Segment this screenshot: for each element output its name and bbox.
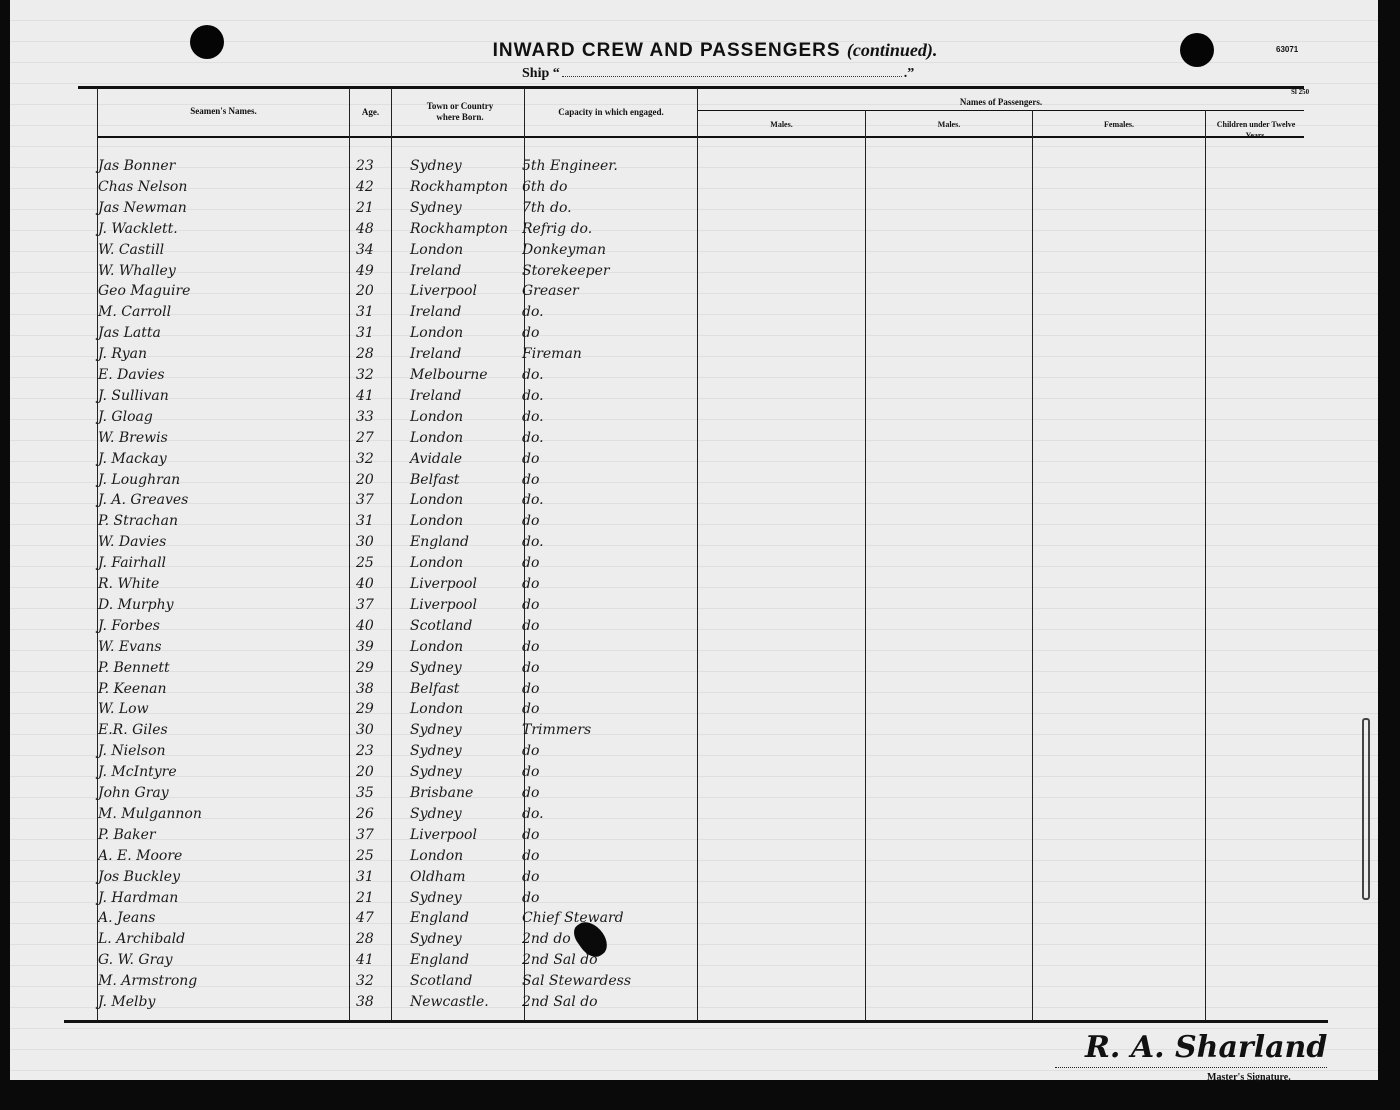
crew-age: 28: [356, 346, 386, 362]
crew-birthplace: Scotland: [410, 973, 472, 989]
crew-age: 33: [356, 409, 386, 425]
crew-birthplace: Oldham: [410, 869, 466, 885]
crew-age: 47: [356, 910, 386, 926]
crew-age: 40: [356, 576, 386, 592]
ship-name-field: Ship “.”: [522, 66, 914, 82]
crew-capacity: do: [522, 576, 539, 592]
paper-clip: [1362, 718, 1370, 900]
crew-birthplace: London: [410, 409, 463, 425]
crew-age: 25: [356, 848, 386, 864]
signature-label: Master's Signature.: [1207, 1072, 1291, 1083]
crew-capacity: do.: [522, 492, 544, 508]
crew-capacity: do: [522, 325, 539, 341]
crew-capacity: 5th Engineer.: [522, 158, 618, 174]
crew-name: G. W. Gray: [98, 952, 173, 968]
manifest-sheet: [10, 0, 1378, 1080]
crew-birthplace: Sydney: [410, 158, 462, 174]
crew-age: 25: [356, 555, 386, 571]
crew-name: Jas Newman: [98, 200, 187, 216]
crew-birthplace: London: [410, 430, 463, 446]
crew-capacity: do: [522, 639, 539, 655]
crew-birthplace: Sydney: [410, 660, 462, 676]
crew-name: Chas Nelson: [98, 179, 187, 195]
header-capacity: Capacity in which engaged.: [525, 107, 697, 118]
crew-capacity: do: [522, 701, 539, 717]
crew-capacity: do.: [522, 304, 544, 320]
crew-birthplace: Sydney: [410, 722, 462, 738]
crew-birthplace: Avidale: [410, 451, 462, 467]
crew-capacity: Fireman: [522, 346, 582, 362]
crew-name: R. White: [98, 576, 159, 592]
crew-name: J. Wacklett.: [98, 221, 178, 237]
col-divider-males2: [865, 110, 866, 1020]
crew-name: Jos Buckley: [98, 869, 180, 885]
crew-name: J. Fairhall: [98, 555, 166, 571]
crew-birthplace: Ireland: [410, 304, 461, 320]
crew-age: 21: [356, 200, 386, 216]
crew-age: 40: [356, 618, 386, 634]
crew-capacity: do.: [522, 806, 544, 822]
form-number: 63071: [1276, 45, 1298, 54]
crew-name: L. Archibald: [98, 931, 185, 947]
table-top-rule: [78, 86, 1304, 89]
crew-name: W. Low: [98, 701, 149, 717]
crew-capacity: Trimmers: [522, 722, 591, 738]
crew-birthplace: Sydney: [410, 200, 462, 216]
crew-name: Jas Latta: [98, 325, 161, 341]
crew-birthplace: Rockhampton: [410, 221, 508, 237]
crew-capacity: do: [522, 848, 539, 864]
crew-age: 32: [356, 973, 386, 989]
crew-capacity: do: [522, 785, 539, 801]
crew-birthplace: Sydney: [410, 743, 462, 759]
header-names-of-passengers: Names of Passengers.: [698, 97, 1304, 108]
crew-age: 27: [356, 430, 386, 446]
header-town-born: Town or Country where Born.: [420, 101, 500, 123]
crew-capacity: do.: [522, 409, 544, 425]
crew-birthplace: Rockhampton: [410, 179, 508, 195]
crew-birthplace: Liverpool: [410, 283, 477, 299]
crew-age: 38: [356, 994, 386, 1010]
crew-name: W. Castill: [98, 242, 164, 258]
crew-capacity: do: [522, 618, 539, 634]
crew-name: Geo Maguire: [98, 283, 190, 299]
page-title: INWARD CREW AND PASSENGERS (continued).: [0, 40, 1400, 62]
crew-name: J. Loughran: [98, 472, 180, 488]
crew-age: 49: [356, 263, 386, 279]
crew-capacity: do: [522, 513, 539, 529]
crew-name: E. Davies: [98, 367, 165, 383]
col-divider-town: [391, 88, 392, 1020]
table-bottom-rule: [64, 1020, 1328, 1023]
crew-age: 38: [356, 681, 386, 697]
crew-birthplace: Ireland: [410, 346, 461, 362]
crew-capacity: do: [522, 451, 539, 467]
header-children: Children under Twelve Years.: [1206, 119, 1306, 141]
signature-line: [1055, 1067, 1327, 1068]
crew-age: 41: [356, 952, 386, 968]
crew-birthplace: Newcastle.: [410, 994, 489, 1010]
crew-name: J. Gloag: [98, 409, 153, 425]
crew-age: 32: [356, 451, 386, 467]
crew-name: J. McIntyre: [98, 764, 177, 780]
crew-age: 31: [356, 513, 386, 529]
crew-name: J. Forbes: [98, 618, 160, 634]
crew-age: 37: [356, 597, 386, 613]
crew-capacity: do: [522, 827, 539, 843]
ship-close-quote: .”: [904, 66, 915, 81]
crew-birthplace: Sydney: [410, 806, 462, 822]
crew-name: W. Whalley: [98, 263, 176, 279]
crew-name: J. Nielson: [98, 743, 166, 759]
title-main: INWARD CREW AND PASSENGERS: [493, 40, 841, 61]
crew-capacity: do.: [522, 534, 544, 550]
master-signature: R. A. Sharland: [1085, 1030, 1327, 1065]
crew-birthplace: London: [410, 513, 463, 529]
crew-capacity: do: [522, 681, 539, 697]
crew-birthplace: Liverpool: [410, 576, 477, 592]
col-divider-females: [1032, 110, 1033, 1020]
crew-capacity: do: [522, 597, 539, 613]
crew-name: J. Mackay: [98, 451, 167, 467]
crew-age: 21: [356, 890, 386, 906]
crew-age: 23: [356, 743, 386, 759]
crew-age: 30: [356, 722, 386, 738]
crew-capacity: Greaser: [522, 283, 579, 299]
crew-birthplace: Belfast: [410, 681, 459, 697]
crew-birthplace: Brisbane: [410, 785, 473, 801]
crew-birthplace: Melbourne: [410, 367, 488, 383]
crew-name: P. Strachan: [98, 513, 178, 529]
crew-birthplace: London: [410, 639, 463, 655]
ship-name-blank: [562, 76, 902, 77]
crew-age: 23: [356, 158, 386, 174]
crew-capacity: do.: [522, 367, 544, 383]
crew-age: 29: [356, 660, 386, 676]
crew-age: 42: [356, 179, 386, 195]
crew-capacity: do.: [522, 388, 544, 404]
crew-name: A. E. Moore: [98, 848, 182, 864]
crew-age: 41: [356, 388, 386, 404]
crew-capacity: Chief Steward: [522, 910, 624, 926]
col-divider-passengers: [697, 88, 698, 1020]
col-divider-age: [349, 88, 350, 1020]
crew-name: P. Baker: [98, 827, 156, 843]
crew-birthplace: London: [410, 242, 463, 258]
title-suffix: (continued).: [847, 40, 938, 60]
ship-label: Ship “: [522, 66, 560, 81]
crew-age: 28: [356, 931, 386, 947]
crew-age: 20: [356, 283, 386, 299]
crew-age: 31: [356, 304, 386, 320]
passengers-subheader-rule: [697, 110, 1304, 111]
crew-birthplace: Scotland: [410, 618, 472, 634]
crew-capacity: 2nd do: [522, 931, 571, 947]
sheet-code: Sl 250: [1291, 88, 1309, 96]
crew-name: P. Bennett: [98, 660, 170, 676]
crew-name: J. Sullivan: [98, 388, 169, 404]
header-males-1: Males.: [698, 119, 865, 130]
crew-name: D. Murphy: [98, 597, 174, 613]
crew-birthplace: London: [410, 325, 463, 341]
crew-age: 32: [356, 367, 386, 383]
crew-name: M. Mulgannon: [98, 806, 202, 822]
crew-name: A. Jeans: [98, 910, 155, 926]
crew-birthplace: Sydney: [410, 890, 462, 906]
col-divider-children: [1205, 110, 1206, 1020]
crew-name: P. Keenan: [98, 681, 167, 697]
header-age: Age.: [350, 107, 391, 118]
crew-name: W. Brewis: [98, 430, 168, 446]
crew-name: M. Carroll: [98, 304, 171, 320]
crew-capacity: do.: [522, 430, 544, 446]
crew-capacity: do: [522, 660, 539, 676]
crew-age: 29: [356, 701, 386, 717]
header-males-2: Males.: [866, 119, 1032, 130]
header-females: Females.: [1033, 119, 1205, 130]
crew-capacity: Storekeeper: [522, 263, 610, 279]
header-bottom-rule: [97, 136, 1304, 138]
crew-age: 34: [356, 242, 386, 258]
crew-capacity: 2nd Sal do: [522, 994, 598, 1010]
crew-age: 31: [356, 869, 386, 885]
crew-age: 31: [356, 325, 386, 341]
crew-name: E.R. Giles: [98, 722, 168, 738]
crew-capacity: do: [522, 764, 539, 780]
crew-capacity: do: [522, 472, 539, 488]
crew-age: 39: [356, 639, 386, 655]
crew-birthplace: England: [410, 534, 469, 550]
crew-birthplace: London: [410, 701, 463, 717]
crew-capacity: Refrig do.: [522, 221, 592, 237]
crew-name: Jas Bonner: [98, 158, 175, 174]
crew-birthplace: Ireland: [410, 388, 461, 404]
crew-age: 48: [356, 221, 386, 237]
crew-age: 35: [356, 785, 386, 801]
crew-capacity: 2nd Sal do: [522, 952, 598, 968]
crew-name: W. Evans: [98, 639, 162, 655]
crew-name: John Gray: [98, 785, 169, 801]
crew-birthplace: London: [410, 555, 463, 571]
crew-birthplace: Sydney: [410, 931, 462, 947]
crew-name: M. Armstrong: [98, 973, 197, 989]
crew-capacity: do: [522, 555, 539, 571]
crew-name: J. Hardman: [98, 890, 178, 906]
header-seamens-names: Seamen's Names.: [98, 106, 349, 117]
crew-age: 20: [356, 472, 386, 488]
crew-name: J. Melby: [98, 994, 155, 1010]
crew-name: J. A. Greaves: [98, 492, 188, 508]
crew-birthplace: Sydney: [410, 764, 462, 780]
crew-capacity: 7th do.: [522, 200, 572, 216]
crew-birthplace: Liverpool: [410, 597, 477, 613]
crew-age: 37: [356, 492, 386, 508]
crew-age: 37: [356, 827, 386, 843]
crew-capacity: Donkeyman: [522, 242, 606, 258]
crew-birthplace: England: [410, 952, 469, 968]
crew-birthplace: Ireland: [410, 263, 461, 279]
crew-capacity: Sal Stewardess: [522, 973, 631, 989]
crew-birthplace: Belfast: [410, 472, 459, 488]
crew-birthplace: London: [410, 492, 463, 508]
crew-capacity: do: [522, 869, 539, 885]
crew-name: W. Davies: [98, 534, 166, 550]
crew-age: 30: [356, 534, 386, 550]
crew-age: 26: [356, 806, 386, 822]
crew-capacity: 6th do: [522, 179, 567, 195]
crew-age: 20: [356, 764, 386, 780]
crew-capacity: do: [522, 890, 539, 906]
crew-capacity: do: [522, 743, 539, 759]
crew-name: J. Ryan: [98, 346, 147, 362]
crew-birthplace: England: [410, 910, 469, 926]
crew-birthplace: Liverpool: [410, 827, 477, 843]
crew-birthplace: London: [410, 848, 463, 864]
